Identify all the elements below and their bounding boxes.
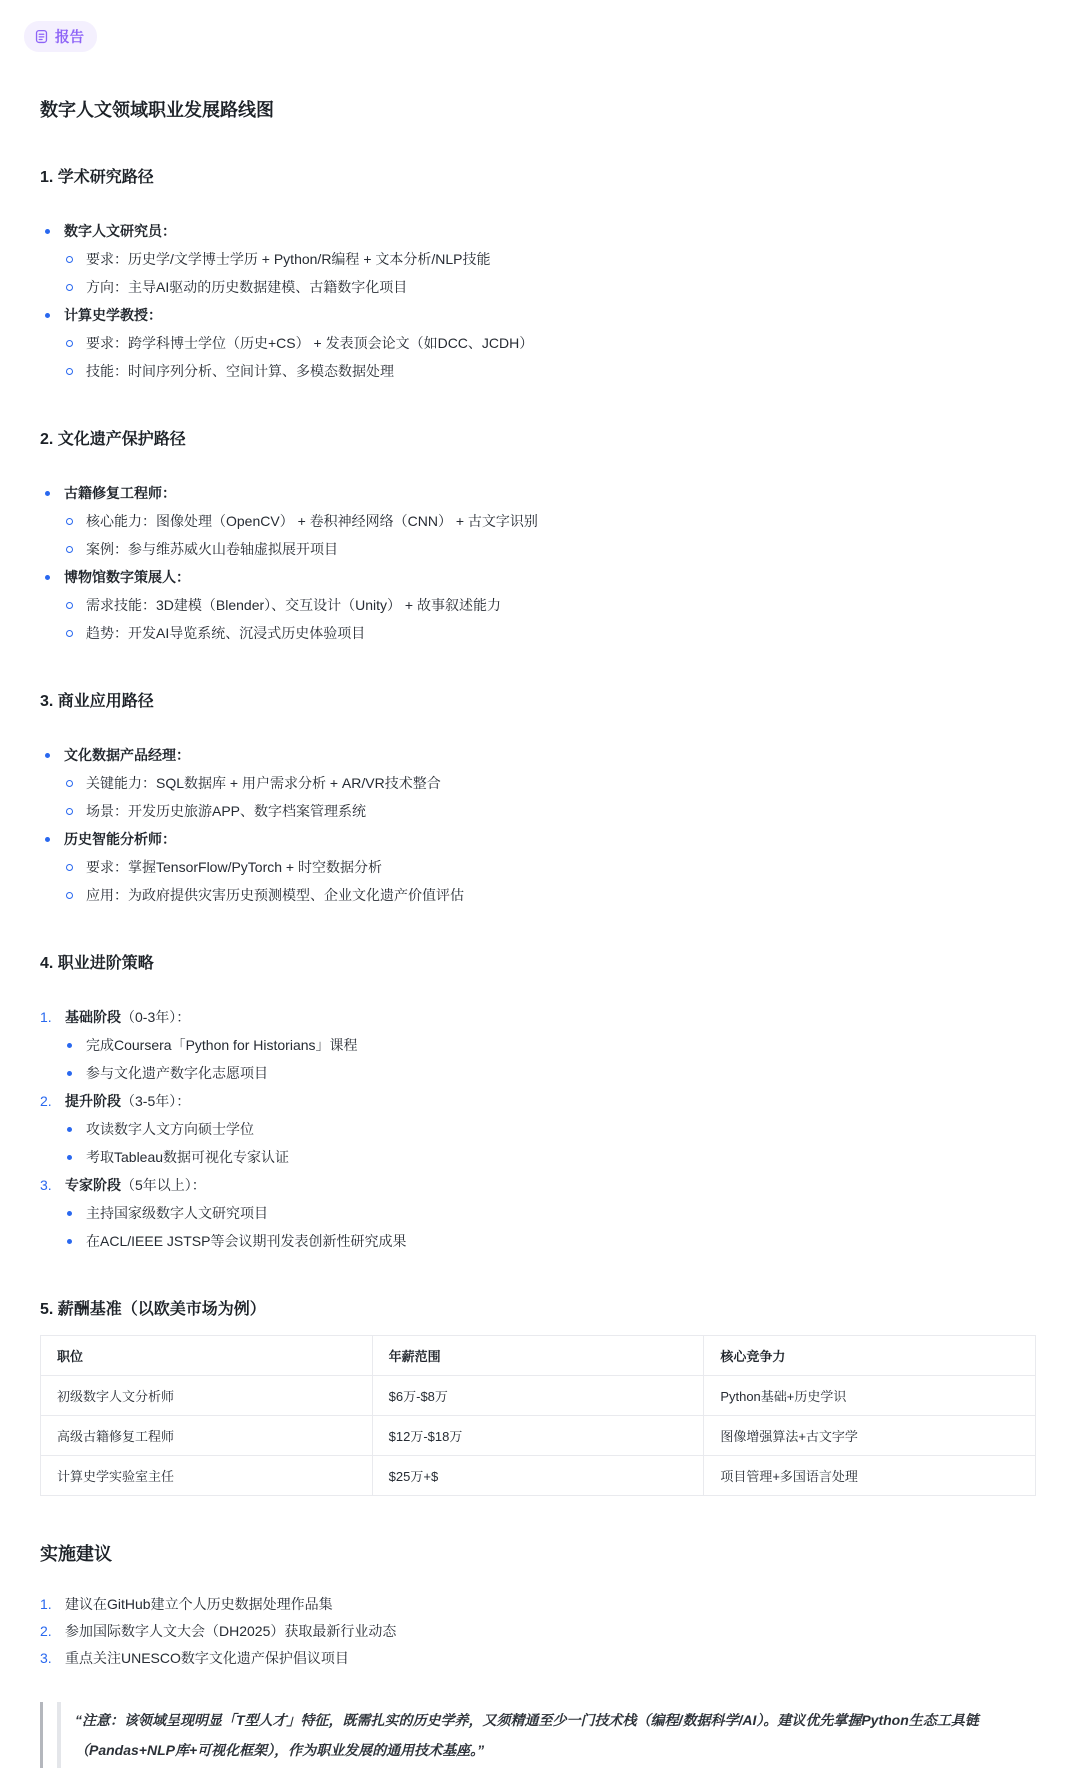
section-heading-salary: 5. 薪酬基准（以欧美市场为例） <box>40 1299 1036 1321</box>
list-number: 1. <box>40 1003 55 1031</box>
list-item-text: 核心能力：图像处理（OpenCV） + 卷积神经网络（CNN） + 古文字识别 <box>86 507 538 535</box>
bullet-circle-icon <box>66 780 73 787</box>
blockquote: “注意：该领域呈现明显「T型人才」特征，既需扎实的历史学养，又须精通至少一门技术… <box>40 1702 1036 1768</box>
list-item-text: 完成Coursera「Python for Historians」课程 <box>86 1031 358 1059</box>
page-title: 数字人文领域职业发展路线图 <box>40 98 1036 123</box>
bullet-circle-icon <box>66 284 73 291</box>
bullet-dot-icon <box>45 313 50 318</box>
list-item-stage: 3. 专家阶段 （5年以上）： <box>40 1171 1036 1199</box>
list-item-text: 攻读数字人文方向硕士学位 <box>86 1115 254 1143</box>
section-heading-implementation: 实施建议 <box>40 1542 1036 1567</box>
bullet-circle-icon <box>66 892 73 899</box>
list-item: 2.参加国际数字人文大会（DH2025）获取最新行业动态 <box>40 1618 1036 1645</box>
table-row: 初级数字人文分析师 $6万-$8万 Python基础+历史学识 <box>41 1376 1036 1416</box>
table-cell: 高级古籍修复工程师 <box>41 1416 373 1456</box>
list-item: 数字人文研究员： <box>40 217 1036 245</box>
list-item-text: 关键能力：SQL数据库 + 用户需求分析 + AR/VR技术整合 <box>86 769 441 797</box>
list-item-text: 场景：开发历史旅游APP、数字档案管理系统 <box>86 797 366 825</box>
list-item-text: 要求：跨学科博士学位（历史+CS） + 发表顶会论文（如DCC、JCDH） <box>86 329 533 357</box>
list-item: 方向：主导AI驱动的历史数据建模、古籍数字化项目 <box>62 273 1036 301</box>
bullet-dot-icon <box>67 1211 72 1216</box>
stage-suffix: （3-5年）： <box>121 1087 190 1115</box>
list-number: 2. <box>40 1087 55 1115</box>
bullet-circle-icon <box>66 630 73 637</box>
list-item: 在ACL/IEEE JSTSP等会议期刊发表创新性研究成果 <box>62 1227 1036 1255</box>
section-heading-business: 3. 商业应用路径 <box>40 691 1036 713</box>
stage-name: 提升阶段 <box>65 1087 121 1115</box>
list-item: 核心能力：图像处理（OpenCV） + 卷积神经网络（CNN） + 古文字识别 <box>62 507 1036 535</box>
list-item-text: 参与文化遗产数字化志愿项目 <box>86 1059 268 1087</box>
blockquote-text: “注意：该领域呈现明显「T型人才」特征，既需扎实的历史学养，又须精通至少一门技术… <box>57 1702 1036 1768</box>
list-item: 要求：掌握TensorFlow/PyTorch + 时空数据分析 <box>62 853 1036 881</box>
list-item: 关键能力：SQL数据库 + 用户需求分析 + AR/VR技术整合 <box>62 769 1036 797</box>
bullet-circle-icon <box>66 368 73 375</box>
bullet-dot-icon <box>67 1155 72 1160</box>
list-item: 完成Coursera「Python for Historians」课程 <box>62 1031 1036 1059</box>
report-badge[interactable]: 报告 <box>24 21 97 52</box>
list-item: 趋势：开发AI导览系统、沉浸式历史体验项目 <box>62 619 1036 647</box>
bullet-dot-icon <box>67 1071 72 1076</box>
list-item-text: 要求：掌握TensorFlow/PyTorch + 时空数据分析 <box>86 853 382 881</box>
section-heading-heritage: 2. 文化遗产保护路径 <box>40 429 1036 451</box>
list-item-stage: 1. 基础阶段 （0-3年）： <box>40 1003 1036 1031</box>
stage-suffix: （0-3年）： <box>121 1003 190 1031</box>
ordered-list: 1. 基础阶段 （0-3年）： 完成Coursera「Python for Hi… <box>40 1003 1036 1255</box>
list-item: 博物馆数字策展人： <box>40 563 1036 591</box>
table-cell: 初级数字人文分析师 <box>41 1376 373 1416</box>
list-item: 1.建议在GitHub建立个人历史数据处理作品集 <box>40 1591 1036 1618</box>
list-item: 攻读数字人文方向硕士学位 <box>62 1115 1036 1143</box>
list-item: 要求：跨学科博士学位（历史+CS） + 发表顶会论文（如DCC、JCDH） <box>62 329 1036 357</box>
list-item: 案例：参与维苏威火山卷轴虚拟展开项目 <box>62 535 1036 563</box>
bullet-circle-icon <box>66 602 73 609</box>
table-row: 高级古籍修复工程师 $12万-$18万 图像增强算法+古文字学 <box>41 1416 1036 1456</box>
list-item-text: 要求：历史学/文学博士学历 + Python/R编程 + 文本分析/NLP技能 <box>86 245 491 273</box>
list-item: 应用：为政府提供灾害历史预测模型、企业文化遗产价值评估 <box>62 881 1036 909</box>
bullet-dot-icon <box>67 1239 72 1244</box>
bullet-dot-icon <box>67 1043 72 1048</box>
stage-name: 基础阶段 <box>65 1003 121 1031</box>
table-header-competitiveness: 核心竞争力 <box>704 1336 1036 1376</box>
bullet-dot-icon <box>45 491 50 496</box>
section-heading-academic: 1. 学术研究路径 <box>40 167 1036 189</box>
list-item-text: 需求技能：3D建模（Blender）、交互设计（Unity） + 故事叙述能力 <box>86 591 501 619</box>
bullet-dot-icon <box>45 229 50 234</box>
bullet-circle-icon <box>66 864 73 871</box>
table-cell: 计算史学实验室主任 <box>41 1456 373 1496</box>
bullet-list: 文化数据产品经理： 关键能力：SQL数据库 + 用户需求分析 + AR/VR技术… <box>40 741 1036 909</box>
report-page: 报告 数字人文领域职业发展路线图 1. 学术研究路径 数字人文研究员： 要求：历… <box>0 0 1080 1768</box>
bullet-dot-icon <box>67 1127 72 1132</box>
list-item-label: 文化数据产品经理： <box>64 741 190 769</box>
list-item: 需求技能：3D建模（Blender）、交互设计（Unity） + 故事叙述能力 <box>62 591 1036 619</box>
list-item-text: 技能：时间序列分析、空间计算、多模态数据处理 <box>86 357 394 385</box>
list-item-text: 重点关注UNESCO数字文化遗产保护倡议项目 <box>65 1645 349 1672</box>
table-cell: Python基础+历史学识 <box>704 1376 1036 1416</box>
list-number: 3. <box>40 1645 55 1672</box>
report-badge-label: 报告 <box>55 26 84 47</box>
list-item: 历史智能分析师： <box>40 825 1036 853</box>
list-item-label: 博物馆数字策展人： <box>64 563 190 591</box>
table-header-row: 职位 年薪范围 核心竞争力 <box>41 1336 1036 1376</box>
list-item: 要求：历史学/文学博士学历 + Python/R编程 + 文本分析/NLP技能 <box>62 245 1036 273</box>
table-cell: 项目管理+多国语言处理 <box>704 1456 1036 1496</box>
table-cell: $25万+$ <box>372 1456 704 1496</box>
list-item: 考取Tableau数据可视化专家认证 <box>62 1143 1036 1171</box>
list-item: 参与文化遗产数字化志愿项目 <box>62 1059 1036 1087</box>
list-item-text: 在ACL/IEEE JSTSP等会议期刊发表创新性研究成果 <box>86 1227 406 1255</box>
list-item-text: 主持国家级数字人文研究项目 <box>86 1199 268 1227</box>
bullet-dot-icon <box>45 575 50 580</box>
table-header-position: 职位 <box>41 1336 373 1376</box>
list-number: 1. <box>40 1591 55 1618</box>
list-item-label: 古籍修复工程师： <box>64 479 176 507</box>
list-item-label: 计算史学教授： <box>64 301 162 329</box>
list-item: 主持国家级数字人文研究项目 <box>62 1199 1036 1227</box>
bullet-dot-icon <box>45 753 50 758</box>
list-item: 古籍修复工程师： <box>40 479 1036 507</box>
list-item-text: 应用：为政府提供灾害历史预测模型、企业文化遗产价值评估 <box>86 881 464 909</box>
list-item-text: 建议在GitHub建立个人历史数据处理作品集 <box>65 1591 333 1618</box>
list-item: 计算史学教授： <box>40 301 1036 329</box>
table-row: 计算史学实验室主任 $25万+$ 项目管理+多国语言处理 <box>41 1456 1036 1496</box>
list-item-label: 数字人文研究员： <box>64 217 176 245</box>
stage-name: 专家阶段 <box>65 1171 121 1199</box>
list-item-text: 案例：参与维苏威火山卷轴虚拟展开项目 <box>86 535 338 563</box>
list-item-text: 方向：主导AI驱动的历史数据建模、古籍数字化项目 <box>86 273 407 301</box>
list-number: 3. <box>40 1171 55 1199</box>
list-item-text: 参加国际数字人文大会（DH2025）获取最新行业动态 <box>65 1618 396 1645</box>
bullet-circle-icon <box>66 340 73 347</box>
list-item-text: 趋势：开发AI导览系统、沉浸式历史体验项目 <box>86 619 365 647</box>
report-content: 数字人文领域职业发展路线图 1. 学术研究路径 数字人文研究员： 要求：历史学/… <box>0 0 1080 1768</box>
list-item-label: 历史智能分析师： <box>64 825 176 853</box>
section-heading-career-strategy: 4. 职业进阶策略 <box>40 953 1036 975</box>
bullet-dot-icon <box>45 837 50 842</box>
list-item: 3.重点关注UNESCO数字文化遗产保护倡议项目 <box>40 1645 1036 1672</box>
report-icon <box>34 29 49 44</box>
bullet-circle-icon <box>66 808 73 815</box>
bullet-circle-icon <box>66 256 73 263</box>
bullet-circle-icon <box>66 518 73 525</box>
bullet-list: 古籍修复工程师： 核心能力：图像处理（OpenCV） + 卷积神经网络（CNN）… <box>40 479 1036 647</box>
bullet-circle-icon <box>66 546 73 553</box>
table-cell: 图像增强算法+古文字学 <box>704 1416 1036 1456</box>
list-item: 场景：开发历史旅游APP、数字档案管理系统 <box>62 797 1036 825</box>
list-item-text: 考取Tableau数据可视化专家认证 <box>86 1143 289 1171</box>
table-header-salary-range: 年薪范围 <box>372 1336 704 1376</box>
salary-table: 职位 年薪范围 核心竞争力 初级数字人文分析师 $6万-$8万 Python基础… <box>40 1335 1036 1496</box>
list-item: 技能：时间序列分析、空间计算、多模态数据处理 <box>62 357 1036 385</box>
list-number: 2. <box>40 1618 55 1645</box>
table-cell: $6万-$8万 <box>372 1376 704 1416</box>
list-item-stage: 2. 提升阶段 （3-5年）： <box>40 1087 1036 1115</box>
ordered-list: 1.建议在GitHub建立个人历史数据处理作品集 2.参加国际数字人文大会（DH… <box>40 1591 1036 1672</box>
table-cell: $12万-$18万 <box>372 1416 704 1456</box>
list-item: 文化数据产品经理： <box>40 741 1036 769</box>
stage-suffix: （5年以上）： <box>121 1171 206 1199</box>
bullet-list: 数字人文研究员： 要求：历史学/文学博士学历 + Python/R编程 + 文本… <box>40 217 1036 385</box>
